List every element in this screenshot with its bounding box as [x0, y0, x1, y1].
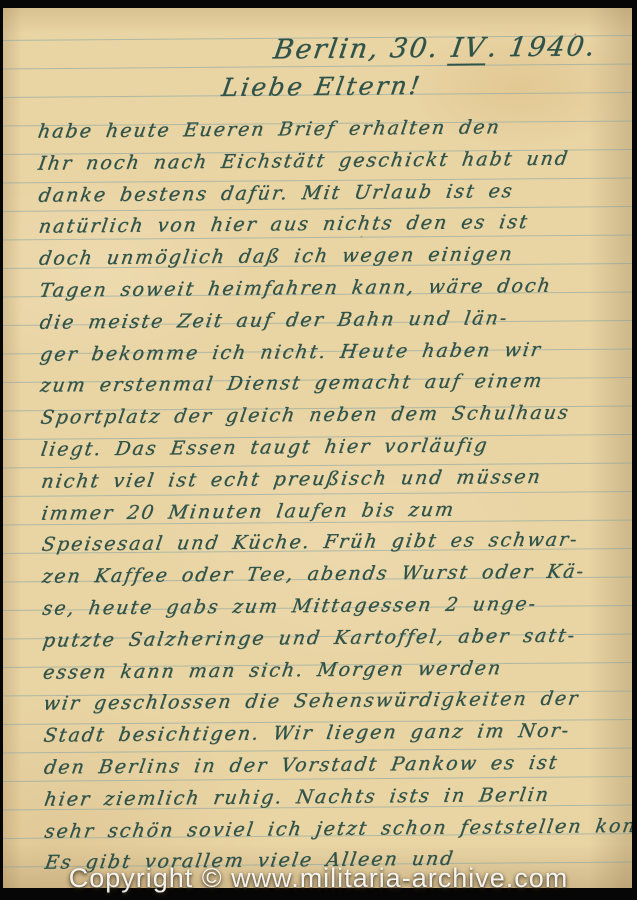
- handwriting-line: habe heute Eueren Brief erhalten den: [36, 114, 503, 144]
- handwriting-line: zum erstenmal Dienst gemacht auf einem: [39, 368, 546, 399]
- handwriting-line: nicht viel ist echt preußisch und müssen: [39, 464, 543, 495]
- handwriting-line: die meiste Zeit auf der Bahn und län-: [38, 305, 510, 336]
- handwriting-line: Tagen soweit heimfahren kann, wäre doch: [38, 273, 554, 304]
- dateline-city-day: Berlin, 30.: [272, 33, 453, 66]
- handwriting-line: hier ziemlich ruhig. Nachts ists in Berl…: [42, 782, 551, 813]
- handwriting-line: Speisesaal und Küche. Früh gibt es schwa…: [40, 527, 580, 558]
- handwriting-line: liegt. Das Essen taugt hier vorläufig: [39, 432, 490, 462]
- screenshot-root: { "document": { "kind": "handwritten-let…: [0, 0, 637, 900]
- handwriting-line: se, heute gabs zum Mittagessen 2 unge-: [41, 591, 539, 622]
- handwriting-line: essen kann man sich. Morgen werden: [41, 655, 504, 685]
- handwriting-line: Stadt besichtigen. Wir liegen ganz im No…: [42, 718, 572, 749]
- handwriting-line: immer 20 Minuten laufen bis zum: [40, 496, 457, 526]
- handwriting-line: putzte Salzheringe und Kartoffel, aber s…: [41, 622, 578, 653]
- handwriting-line: Sportplatz der gleich neben dem Schulhau…: [39, 400, 572, 431]
- letter-scan: Berlin, 30. IV. 1940. Liebe Eltern! habe…: [3, 8, 632, 888]
- handwriting-line: Ihr noch nach Eichstätt geschickt habt u…: [36, 145, 571, 176]
- copyright-watermark: Copyright © www.militaria-archive.com: [0, 863, 637, 894]
- handwriting-line: doch unmöglich daß ich wegen einigen: [37, 241, 515, 272]
- dateline-year: . 1940.: [486, 31, 599, 63]
- handwriting-line: zen Kaffee oder Tee, abends Wurst oder K…: [40, 559, 587, 590]
- dateline: Berlin, 30. IV. 1940.: [272, 31, 599, 65]
- handwriting-layer: Berlin, 30. IV. 1940. Liebe Eltern! habe…: [3, 8, 632, 888]
- handwriting-line: natürlich von hier aus nichts den es ist: [37, 209, 531, 240]
- handwriting-line: den Berlins in der Vorstadt Pankow es is…: [42, 750, 560, 781]
- dateline-month: IV: [447, 32, 490, 65]
- handwriting-line: danke bestens dafür. Mit Urlaub ist es: [37, 178, 516, 209]
- salutation: Liebe Eltern!: [220, 71, 424, 102]
- handwriting-line: ger bekomme ich nicht. Heute haben wir: [38, 336, 544, 367]
- handwriting-line: sehr schön soviel ich jetzt schon festst…: [43, 812, 632, 844]
- handwriting-line: wir geschlossen die Sehenswürdigkeiten d…: [42, 686, 582, 717]
